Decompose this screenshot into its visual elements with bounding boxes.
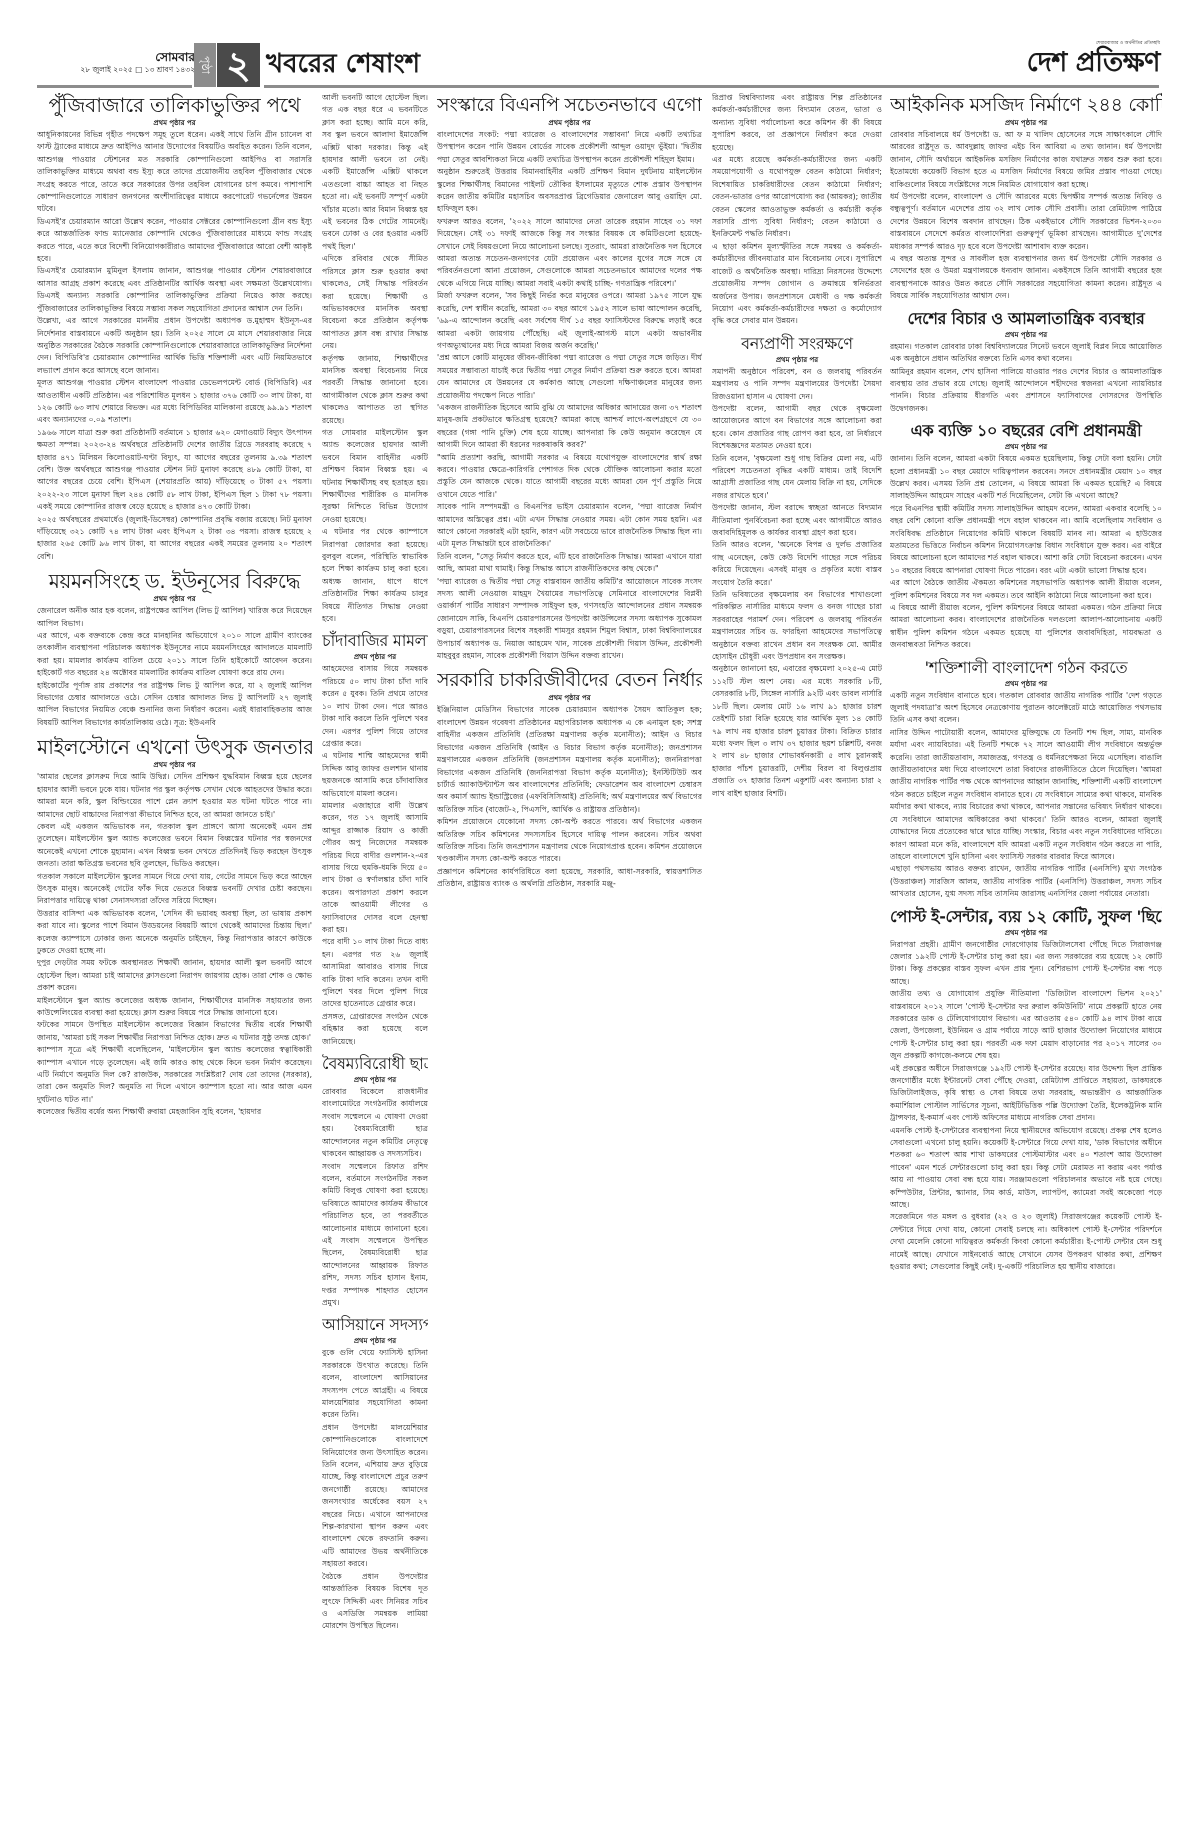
headline: বন্যপ্রাণী সংরক্ষণে [712, 333, 882, 355]
headline: দেশের বিচার ও আমলাতান্ত্রিক ব্যবস্থার [890, 308, 1162, 330]
paragraph: সরেজমিনে গত মঙ্গল ও বুধবার (২২ ও ২৩ জুলা… [890, 1211, 1162, 1273]
jump-line: প্রথম পৃষ্ঠার পর [890, 330, 1162, 340]
jump-line: প্রথম পৃষ্ঠার পর [37, 118, 312, 128]
article-body: 'আমার ছেলের ক্লাসরুম দিয়ে আমি উদ্বিগ্ন।… [37, 771, 312, 1118]
paragraph: ধর্ম উপদেষ্টা বলেন, বাংলাদেশ ও সৌদি আরবে… [890, 191, 1162, 253]
masthead: সোমবার ২৮ জুলাই ২০২৫ □ ১৩ শ্রাবণ ১৪৩২ পৃ… [0, 0, 1200, 90]
paragraph: ২০২৫ অর্থবছরের প্রথমার্ধেও (জুলাই-ডিসেম্… [37, 514, 312, 564]
paragraph: রোববার সচিবালয়ে ধর্ম উপদেষ্টা ড. আ ফ ম … [890, 129, 1162, 191]
issue-date: ২৮ জুলাই ২০২৫ □ ১৩ শ্রাবণ ১৪৩২ [60, 64, 195, 76]
article-body: আহমেদের বাসায় গিয়ে সমন্বয়ক পরিচয়ে ৫০… [322, 663, 428, 1048]
paragraph: জাতীয় তথ্য ও যোগাযোগ প্রযুক্তি নীতিমালা… [890, 988, 1162, 1062]
paragraph: বাংলাদেশের সংকট: পদ্মা ব্যারেজ ও বাংলাদে… [437, 129, 702, 166]
paragraph: প্রসঙ্গত, গ্রেপ্তারদের সংগঠন থেকে বহিষ্ক… [322, 1011, 428, 1048]
article-mymensingh: ময়মনসিংহে ড. ইউনূসের বিরুদ্ধে প্রথম পৃষ… [37, 568, 312, 729]
logo-name: দেশ প্রতিক্ষণ [1010, 47, 1160, 79]
paragraph: এমনকি পোস্ট ই-সেন্টারের ব্যবস্থাপনা নিয়… [890, 1125, 1162, 1212]
paragraph: তিনি ভবিষ্যতের বৃক্ষমেলায় বন বিভাগের শা… [712, 589, 882, 663]
paragraph: এদিকে রবিবার থেকে সীমিত পরিসরে ক্লাস শুর… [322, 253, 428, 352]
paragraph: ডিএসই'র চেয়ারম্যান আরো উল্লেখ করেন, পাও… [37, 216, 312, 266]
paragraph: আলী ভবনটি আগে হোস্টেল ছিল। গত এক বছর ধরে… [322, 92, 428, 253]
issue-day: সোমবার [60, 50, 195, 64]
headline: বৈষম্যবিরোধী ছাত্র [322, 1053, 428, 1075]
paragraph: এছাড়া পথসভায় আরও বক্তব্য রাখেন, জাতীয়… [890, 863, 1162, 900]
paragraph: 'পদ্মা ব্যারেজ ও দ্বিতীয় পদ্মা সেতু বাস… [437, 576, 702, 663]
headline: মাইলস্টোনে এখনো উৎসুক জনতার [37, 734, 312, 760]
paragraph: পরে বিএনপির স্থায়ী কমিটির সদস্য সালাহউদ… [890, 503, 1162, 577]
article-capital-market: পুঁজিবাজারে তালিকাভুক্তির পথে প্রথম পৃষ্… [37, 92, 312, 563]
milestone-continuation: আলী ভবনটি আগে হোস্টেল ছিল। গত এক বছর ধরে… [322, 92, 428, 625]
masthead-rule-right [264, 85, 1159, 88]
jump-line: প্রথম পৃষ্ঠার পর [322, 1075, 428, 1085]
column-2: আলী ভবনটি আগে হোস্টেল ছিল। গত এক বছর ধরে… [322, 92, 428, 1837]
paragraph: মাইলস্টোনে স্কুল অ্যান্ড কলেজের অধ্যক্ষ … [37, 995, 312, 1020]
paragraph: সাবেক পানি সম্পদমন্ত্রী ও বিএনপির ভাইস চ… [437, 501, 702, 551]
article-body: বাংলাদেশের সংকট: পদ্মা ব্যারেজ ও বাংলাদে… [437, 129, 702, 662]
jump-line: প্রথম পৃষ্ঠার পর [322, 1336, 428, 1346]
paragraph: উপদেষ্টা বলেন, আগামী বছর থেকে বৃক্ষমেলা … [712, 403, 882, 453]
column-1: পুঁজিবাজারে তালিকাভুক্তির পথে প্রথম পৃষ্… [37, 92, 312, 1837]
paragraph: বুকে গুলি খেয়ে ফ্যাসিস্ট হাসিনা সরকারকে… [322, 1347, 428, 1421]
paragraph: 'একজন রাজনীতিক হিসেবে আমি বুঝি যে আমাদের… [437, 402, 702, 452]
paragraph: প্রধান উপদেষ্টা মালয়েশিয়ার কোম্পানিগুল… [322, 1422, 428, 1571]
article-body: নিরাপত্তা প্রহরী। গ্রামীণ জনগোষ্ঠীর দোরগ… [890, 939, 1162, 1274]
paragraph: অনুষ্ঠান শুরুতেই উত্তরায় বিমানবাহিনীর এ… [437, 166, 702, 216]
paragraph: আমিনুর রহমান বলেন, শেখ হাসিনা পালিয়ে যা… [890, 366, 1162, 416]
masthead-rule-left [37, 85, 192, 88]
article-body: ইঞ্জিনিয়াল মেডিসিন বিভাগের সাবেক চেয়ার… [437, 704, 702, 890]
page-label: পৃষ্ঠা [194, 43, 216, 87]
paragraph: রিপ্রাপ্ত বিশ্ববিদ্যালয় এবং রাষ্ট্রায়ত… [712, 92, 882, 154]
paragraph: মামলার এজাহারে বাদী উল্লেখ করেন, গত ১৭ জ… [322, 800, 428, 936]
article-govt-salary: সরকারি চাকরিজীবীদের বেতন নির্ধারণে প্রথম… [437, 667, 702, 890]
article-body: একটি নতুন সংবিধান বানাতে হবে। গতকাল রোবব… [890, 690, 1162, 901]
article-body: জানান। তিনি বলেন, আমরা একটা বিষয়ে একমত … [890, 453, 1162, 652]
paragraph: উত্তরার বাসিন্দা এক অভিভাবক বলেন, 'সেদিন… [37, 908, 312, 958]
paragraph: এর আগে, এক বক্তব্যকে কেন্দ্র করে মানহানি… [37, 630, 312, 680]
paragraph: উল্লেখ্য, এর আগে সরকারের মাননীয় প্রধান … [37, 315, 312, 377]
paragraph: নিরাপত্তা প্রহরী। গ্রামীণ জনগোষ্ঠীর দোরগ… [890, 939, 1162, 989]
paragraph: এ বিষয়ে আলী রীয়াজ বলেন, পুলিশ কমিশনের … [890, 602, 1162, 652]
article-body: রহমান। গতকাল রোববার ঢাকা বিশ্ববিদ্যালয়ে… [890, 341, 1162, 415]
paragraph: 'প্রশ্ন আসে কোটি মানুষের জীবন-জীবিকা পদ্… [437, 352, 702, 402]
headline: 'শক্তিশালী বাংলাদেশ গঠন করতে [890, 657, 1162, 679]
article-wildlife: বন্যপ্রাণী সংরক্ষণে প্রথম পৃষ্ঠার পর সমা… [712, 333, 882, 800]
headline: সংস্কারে বিএনপি সচেতনভাবে এগোচ্ছে [437, 92, 702, 118]
jump-line: প্রথম পৃষ্ঠার পর [712, 355, 882, 365]
paragraph: রহমান। গতকাল রোববার ঢাকা বিশ্ববিদ্যালয়ে… [890, 341, 1162, 366]
paragraph: গতকাল সকালে মাইলস্টোন স্কুলের সামনে গিয়… [37, 871, 312, 908]
jump-line: প্রথম পৃষ্ঠার পর [890, 679, 1162, 689]
salary-continuation: রিপ্রাপ্ত বিশ্ববিদ্যালয় এবং রাষ্ট্রায়ত… [712, 92, 882, 328]
paragraph: পরে বাদী ১০ লাখ টাকা দিতে বাধ্য হন। এরপর… [322, 936, 428, 1010]
paragraph: আধুনিকায়নের বিভিন্ন গৃহীত পদক্ষেপ সমূহ … [37, 129, 312, 216]
logo-tagline: শেয়ারবাজার ও অর্থনীতির প্রতিচ্ছবি [1010, 40, 1160, 47]
paragraph: "আমি প্রত্যাশা করছি, আগামী সরকার এ বিষয়… [437, 452, 702, 502]
headline: আইকনিক মসজিদ নির্মাণে ২৪৪ কোটি [890, 92, 1162, 118]
paragraph: কর্তৃপক্ষ জানায়, শিক্ষার্থীদের মানসিক অ… [322, 353, 428, 427]
paragraph: প্রজ্ঞাপনে কমিশনের কার্যপরিধিতে বলা হয়ে… [437, 866, 702, 891]
paragraph: এই প্রকল্পের অধীনে সিরাজগঞ্জে ১৯২টি পোস্… [890, 1063, 1162, 1125]
paragraph: মির্জা ফখরুল বলেন, 'সব কিছুই নির্ভর করে … [437, 290, 702, 352]
article-asean: আসিয়ানে সদস্যপদ প্রথম পৃষ্ঠার পর বুকে গ… [322, 1314, 428, 1632]
jump-line: প্রথম পৃষ্ঠার পর [37, 760, 312, 770]
column-3: সংস্কারে বিএনপি সচেতনভাবে এগোচ্ছে প্রথম … [437, 92, 702, 1837]
article-anti-discrimination: বৈষম্যবিরোধী ছাত্র প্রথম পৃষ্ঠার পর রোবব… [322, 1053, 428, 1309]
headline: সরকারি চাকরিজীবীদের বেতন নির্ধারণে [437, 667, 702, 693]
headline: আসিয়ানে সদস্যপদ [322, 1314, 428, 1336]
paragraph: কমিশন প্রয়োজনে যেকোনো সদস্য কো-অপ্ট করত… [437, 816, 702, 866]
paragraph: ইঞ্জিনিয়াল মেডিসিন বিভাগের সাবেক চেয়ার… [437, 704, 702, 816]
jump-line: প্রথম পৃষ্ঠার পর [437, 118, 702, 128]
paragraph: তিনি আরও বলেন, 'অনেকে বিপন্ন ও দুর্লভ প্… [712, 539, 882, 589]
headline: ময়মনসিংহে ড. ইউনূসের বিরুদ্ধে [37, 568, 312, 594]
column-5: আইকনিক মসজিদ নির্মাণে ২৪৪ কোটি প্রথম পৃষ… [890, 92, 1162, 1837]
paragraph: আহমেদের বাসায় গিয়ে সমন্বয়ক পরিচয়ে ৫০… [322, 663, 428, 750]
article-bnp-reform: সংস্কারে বিএনপি সচেতনভাবে এগোচ্ছে প্রথম … [437, 92, 702, 662]
article-body: বুকে গুলি খেয়ে ফ্যাসিস্ট হাসিনা সরকারকে… [322, 1347, 428, 1632]
paragraph: ১৯৬৬ সালে যাত্রা শুরু করা প্রতিষ্ঠানটি ব… [37, 427, 312, 514]
paragraph: ফখরুল আরও বলেন, '২০২২ সালে আমাদের নেতা ত… [437, 216, 702, 290]
paragraph: এ ছাড়া কমিশন মূল্যস্ফীতির সঙ্গে সমন্বয়… [712, 241, 882, 328]
paragraph: তিনি বলেন, "সেতু নির্মাণ করতে হবে, এটি হ… [437, 551, 702, 576]
article-iconic-mosque: আইকনিক মসজিদ নির্মাণে ২৪৪ কোটি প্রথম পৃষ… [890, 92, 1162, 303]
paragraph: এ ঘটনার পর থেকে ক্যাম্পাসে নিরাপত্তা জোর… [322, 526, 428, 625]
paragraph: কেবল এই একজন অভিভাবক নন, গতকাল স্কুল প্র… [37, 821, 312, 871]
paragraph: এ ঘটনায় শাম্মি আহমেদের স্বামী সিদ্দিক আ… [322, 750, 428, 800]
article-body: রোববার সচিবালয়ে ধর্ম উপদেষ্টা ড. আ ফ ম … [890, 129, 1162, 303]
paragraph: ফটকের সামনে উপস্থিত মাইলস্টোন কলেজের বিজ… [37, 1019, 312, 1044]
jump-line: প্রথম পৃষ্ঠার পর [890, 442, 1162, 452]
paragraph: ক্যাম্পাস সূত্রে এই শিক্ষার্থী বলেছিলেন,… [37, 1044, 312, 1106]
article-body: আধুনিকায়নের বিভিন্ন গৃহীত পদক্ষেপ সমূহ … [37, 129, 312, 563]
paragraph: মূলত আশুগঞ্জ পাওয়ার স্টেশন বাংলাদেশ পাও… [37, 377, 312, 427]
article-judiciary: দেশের বিচার ও আমলাতান্ত্রিক ব্যবস্থার প্… [890, 308, 1162, 415]
paragraph: জানান। তিনি বলেন, আমরা একটা বিষয়ে একমত … [890, 453, 1162, 503]
jump-line: প্রথম পৃষ্ঠার পর [890, 928, 1162, 938]
section-title: খবরের শেষাংশ [266, 46, 420, 82]
jump-line: প্রথম পৃষ্ঠার পর [322, 652, 428, 662]
paragraph: 'আমার ছেলের ক্লাসরুম দিয়ে আমি উদ্বিগ্ন।… [37, 771, 312, 821]
paragraph: সংবাদ সম্মেলনে রিফাত রশিদ বলেন, বর্তমানে… [322, 1161, 428, 1310]
page-number: ২ [217, 43, 260, 87]
article-body: রোববার বিকেলে রাজধানীর বাংলামোটরে সংগঠনট… [322, 1086, 428, 1309]
article-body: জেনারেল অনীক আর হক বলেন, রাষ্ট্রপক্ষের আ… [37, 605, 312, 729]
article-post-e-center: পোস্ট ই-সেন্টার, ব্যয় ১২ কোটি, সুফল 'ছি… [890, 906, 1162, 1274]
jump-line: প্রথম পৃষ্ঠার পর [437, 693, 702, 703]
jump-line: প্রথম পৃষ্ঠার পর [37, 594, 312, 604]
paragraph: জেনারেল অনীক আর হক বলেন, রাষ্ট্রপক্ষের আ… [37, 605, 312, 630]
paragraph: দুপুর দেড়টার সময় ফটকে অবস্থানরত শিক্ষা… [37, 957, 312, 994]
paragraph: এর মধ্যে রয়েছে কর্মকর্তা-কর্মচারীদের জন… [712, 154, 882, 241]
paragraph: গত সোমবার মাইলস্টোন স্কুল অ্যান্ড কলেজের… [322, 427, 428, 526]
headline: পুঁজিবাজারে তালিকাভুক্তির পথে [37, 92, 312, 118]
column-4: রিপ্রাপ্ত বিশ্ববিদ্যালয় এবং রাষ্ট্রায়ত… [712, 92, 882, 1837]
newspaper-logo: শেয়ারবাজার ও অর্থনীতির প্রতিচ্ছবি দেশ প… [1010, 40, 1160, 79]
paragraph: উপদেষ্টা জানান, স্টল বরাদ্দে স্বচ্ছতা আন… [712, 502, 882, 539]
article-strong-bangladesh: 'শক্তিশালী বাংলাদেশ গঠন করতে প্রথম পৃষ্ঠ… [890, 657, 1162, 901]
paragraph: হাইকোর্টের পূর্ণাঙ্গ রায় প্রকাশের পর রা… [37, 680, 312, 730]
paragraph: বৈঠকে প্রধান উপদেষ্টার আন্তর্জাতিক বিষয়… [322, 1571, 428, 1633]
paragraph: এ বছর অত্যন্ত সুন্দর ও সাবলীল হজ ব্যবস্থ… [890, 253, 1162, 303]
paragraph: তিনি বলেন, 'বৃক্ষমেলা শুধু গাছ বিক্রির ম… [712, 453, 882, 503]
paragraph: নাসির উদ্দিন পাটোয়ারী বলেন, আমাদের মুক্… [890, 727, 1162, 863]
article-milestone: মাইলস্টোনে এখনো উৎসুক জনতার প্রথম পৃষ্ঠা… [37, 734, 312, 1118]
article-extortion: চাঁদাবাজির মামলা প্রথম পৃষ্ঠার পর আহমেদে… [322, 630, 428, 1048]
paragraph: রোববার বিকেলে রাজধানীর বাংলামোটরে সংগঠনট… [322, 1086, 428, 1160]
paragraph: এর আগে বৈঠকে জাতীয় ঐকমত্য কমিশনের সহসভা… [890, 577, 1162, 602]
headline: পোস্ট ই-সেন্টার, ব্যয় ১২ কোটি, সুফল 'ছি… [890, 906, 1162, 928]
headline: এক ব্যক্তি ১০ বছরের বেশি প্রধানমন্ত্রী [890, 420, 1162, 442]
paragraph: সমাপনী অনুষ্ঠানে পরিবেশ, বন ও জলবায়ু পর… [712, 366, 882, 403]
paragraph: অনুষ্ঠানে জানানো হয়, এবারের বৃক্ষমেলা ২… [712, 663, 882, 799]
issue-date-block: সোমবার ২৮ জুলাই ২০২৫ □ ১৩ শ্রাবণ ১৪৩২ [60, 50, 195, 76]
headline: চাঁদাবাজির মামলা [322, 630, 428, 652]
jump-line: প্রথম পৃষ্ঠার পর [890, 118, 1162, 128]
article-pm-ten-years: এক ব্যক্তি ১০ বছরের বেশি প্রধানমন্ত্রী প… [890, 420, 1162, 652]
paragraph: একটি নতুন সংবিধান বানাতে হবে। গতকাল রোবব… [890, 690, 1162, 727]
paragraph: ডিএসই'র চেয়ারম্যান মুমিনুল ইসলাম জানান,… [37, 265, 312, 315]
article-body: সমাপনী অনুষ্ঠানে পরিবেশ, বন ও জলবায়ু পর… [712, 366, 882, 800]
paragraph: কলেজের দ্বিতীয় বর্ষের অন্য শিক্ষার্থী র… [37, 1106, 312, 1118]
